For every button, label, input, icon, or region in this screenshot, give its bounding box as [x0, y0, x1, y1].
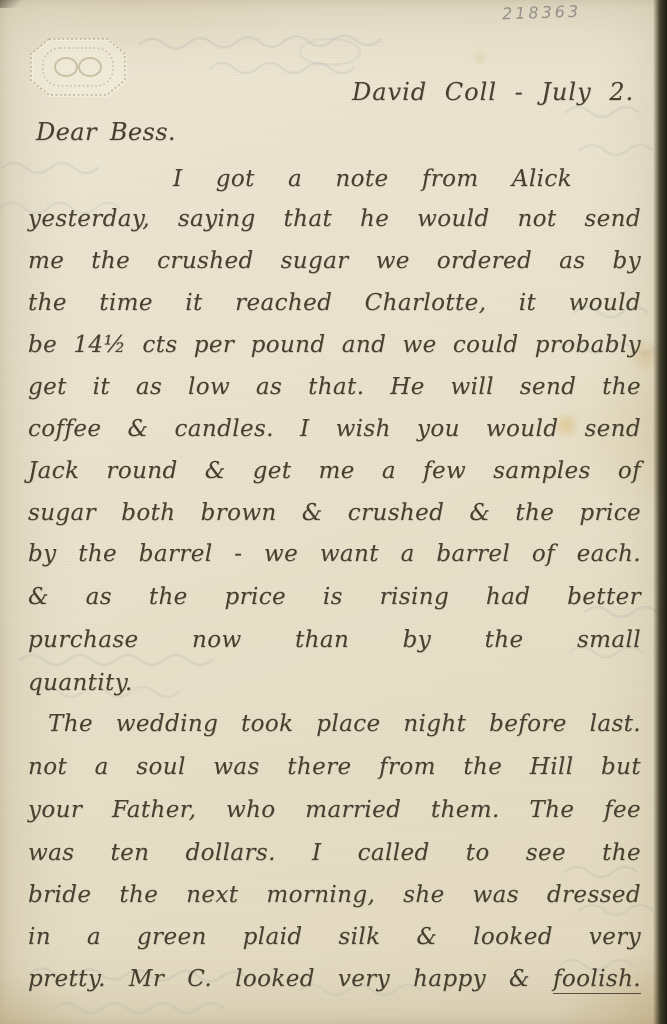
handwriting-line: sugar both brown & crushed & the price [28, 496, 641, 530]
handwriting-line: I got a note from Alick [28, 162, 572, 196]
handwriting-line: be 14½ cts per pound and we could probab… [28, 328, 641, 362]
handwriting-line: by the barrel - we want a barrel of each… [28, 537, 641, 571]
closing-line-text: pretty. Mr C. looked very happy & [28, 966, 553, 992]
salutation: Dear Bess. [36, 118, 176, 146]
handwriting-line: quantity. [28, 666, 641, 700]
handwriting-line: in a green plaid silk & looked very [28, 920, 641, 954]
handwriting-line: not a soul was there from the Hill but [28, 750, 641, 784]
letter-page: 218363 David Coll - July 2. Dear Bess. I… [0, 0, 667, 1024]
handwriting-line: bride the next morning, she was dressed [28, 878, 641, 912]
underlined-word: foolish. [553, 966, 641, 994]
page-edge-shadow [653, 0, 667, 1024]
handwriting-line: pretty. Mr C. looked very happy & foolis… [28, 962, 641, 996]
handwriting-line: your Father, who married them. The fee [28, 793, 641, 827]
handwriting-line: coffee & candles. I wish you would send [28, 412, 641, 446]
embossed-seal-icon [28, 36, 128, 98]
handwriting-line: me the crushed sugar we ordered as by [28, 244, 641, 278]
dateline: David Coll - July 2. [352, 78, 634, 106]
handwriting-line: purchase now than by the small [28, 623, 641, 657]
corner-shadow [0, 0, 26, 8]
handwriting-line: & as the price is rising had better [28, 580, 641, 614]
handwriting-line: get it as low as that. He will send the [28, 370, 641, 404]
catalog-number: 218363 [502, 2, 582, 24]
handwriting-line: the time it reached Charlotte, it would [28, 286, 641, 320]
handwriting-line: The wedding took place night before last… [28, 707, 641, 741]
handwriting-line: yesterday, saying that he would not send [28, 202, 641, 236]
handwriting-line: was ten dollars. I called to see the [28, 836, 641, 870]
handwriting-line: Jack round & get me a few samples of [28, 454, 641, 488]
